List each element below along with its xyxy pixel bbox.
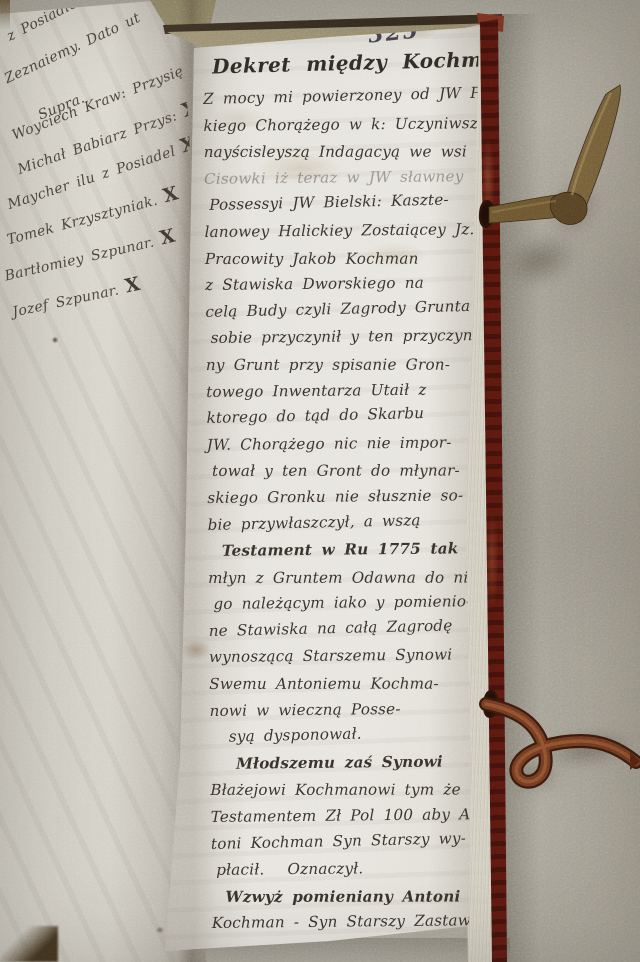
signature-text: Jozef Szpunar.	[11, 282, 120, 320]
manuscript-line: Pracowity Jakob Kochman	[205, 245, 477, 272]
manuscript-body: Z mocy mi powierzoney od JW Pola- kiego …	[203, 83, 484, 937]
page-corner-shadow	[0, 926, 58, 962]
bottom-strap-shadow	[498, 752, 573, 800]
signature-line: Jozef Szpunar.X	[10, 273, 142, 322]
manuscript-line: kiego Chorążego w k: Uczyniwszy	[203, 110, 475, 139]
manuscript-line: ne Stawiska na całą Zagrodę	[208, 612, 481, 645]
signature-x-mark: X	[123, 273, 142, 298]
manuscript-line: sobie przyczynił y ten przyczynio-	[211, 322, 478, 351]
manuscript-line: celą Budy czyli Zagrody Grunta	[205, 293, 478, 326]
manuscript-line: młyn z Gruntem Odawna do nie-	[208, 564, 480, 591]
cover-board-sliver	[0, 0, 10, 30]
signature-x-mark	[140, 3, 149, 23]
manuscript-line: Wzwyż pomieniany Antoni	[211, 883, 483, 910]
manuscript-line: bie przywłaszczył, a wszą	[207, 505, 480, 538]
manuscript-line: ktorego do tąd do Skarbu	[206, 399, 479, 432]
manuscript-line: Swemu Antoniemu Kochma-	[209, 671, 481, 698]
manuscript-line: Z mocy mi powierzoney od JW Pola-	[203, 80, 476, 113]
manuscript-line: płacił. Oznaczył.	[216, 854, 483, 883]
manuscript-line: JW. Chorążego nic nie impor-	[207, 429, 479, 458]
manuscript-line: Błażejowi Kochmanowi tym że	[210, 777, 482, 804]
manuscript-line: wynoszącą Starszemu Synowi	[209, 642, 481, 671]
manuscript-book-photo: ment iako ieše z Posiadłow wpisany Zezna…	[0, 0, 640, 962]
manuscript-line: Kochman - Syn Starszy Zastawszy	[212, 908, 484, 937]
manuscript-line: syą dysponował.	[215, 718, 483, 751]
manuscript-line: Testament w Ru 1775 tak	[208, 535, 480, 564]
manuscript-line: toni Kochman Syn Starszy wy-	[211, 824, 484, 857]
signature-x-mark: X	[158, 225, 178, 250]
manuscript-line: Possessyi JW Bielski: Kaszte-	[209, 186, 477, 219]
manuscript-line: nayścisleyszą Indagacyą we wsi	[204, 139, 476, 166]
signature-text: ment iako ieše	[16, 0, 125, 9]
manuscript-line: Młodszemu zaś Synowi	[210, 748, 482, 777]
manuscript-line: ny Grunt przy spisanie Gron-	[206, 351, 478, 378]
manuscript-line: lanowey Halickiey Zostaiącey Jz.	[204, 216, 476, 245]
manuscript-line: tował y ten Gront do młynar-	[212, 458, 479, 485]
